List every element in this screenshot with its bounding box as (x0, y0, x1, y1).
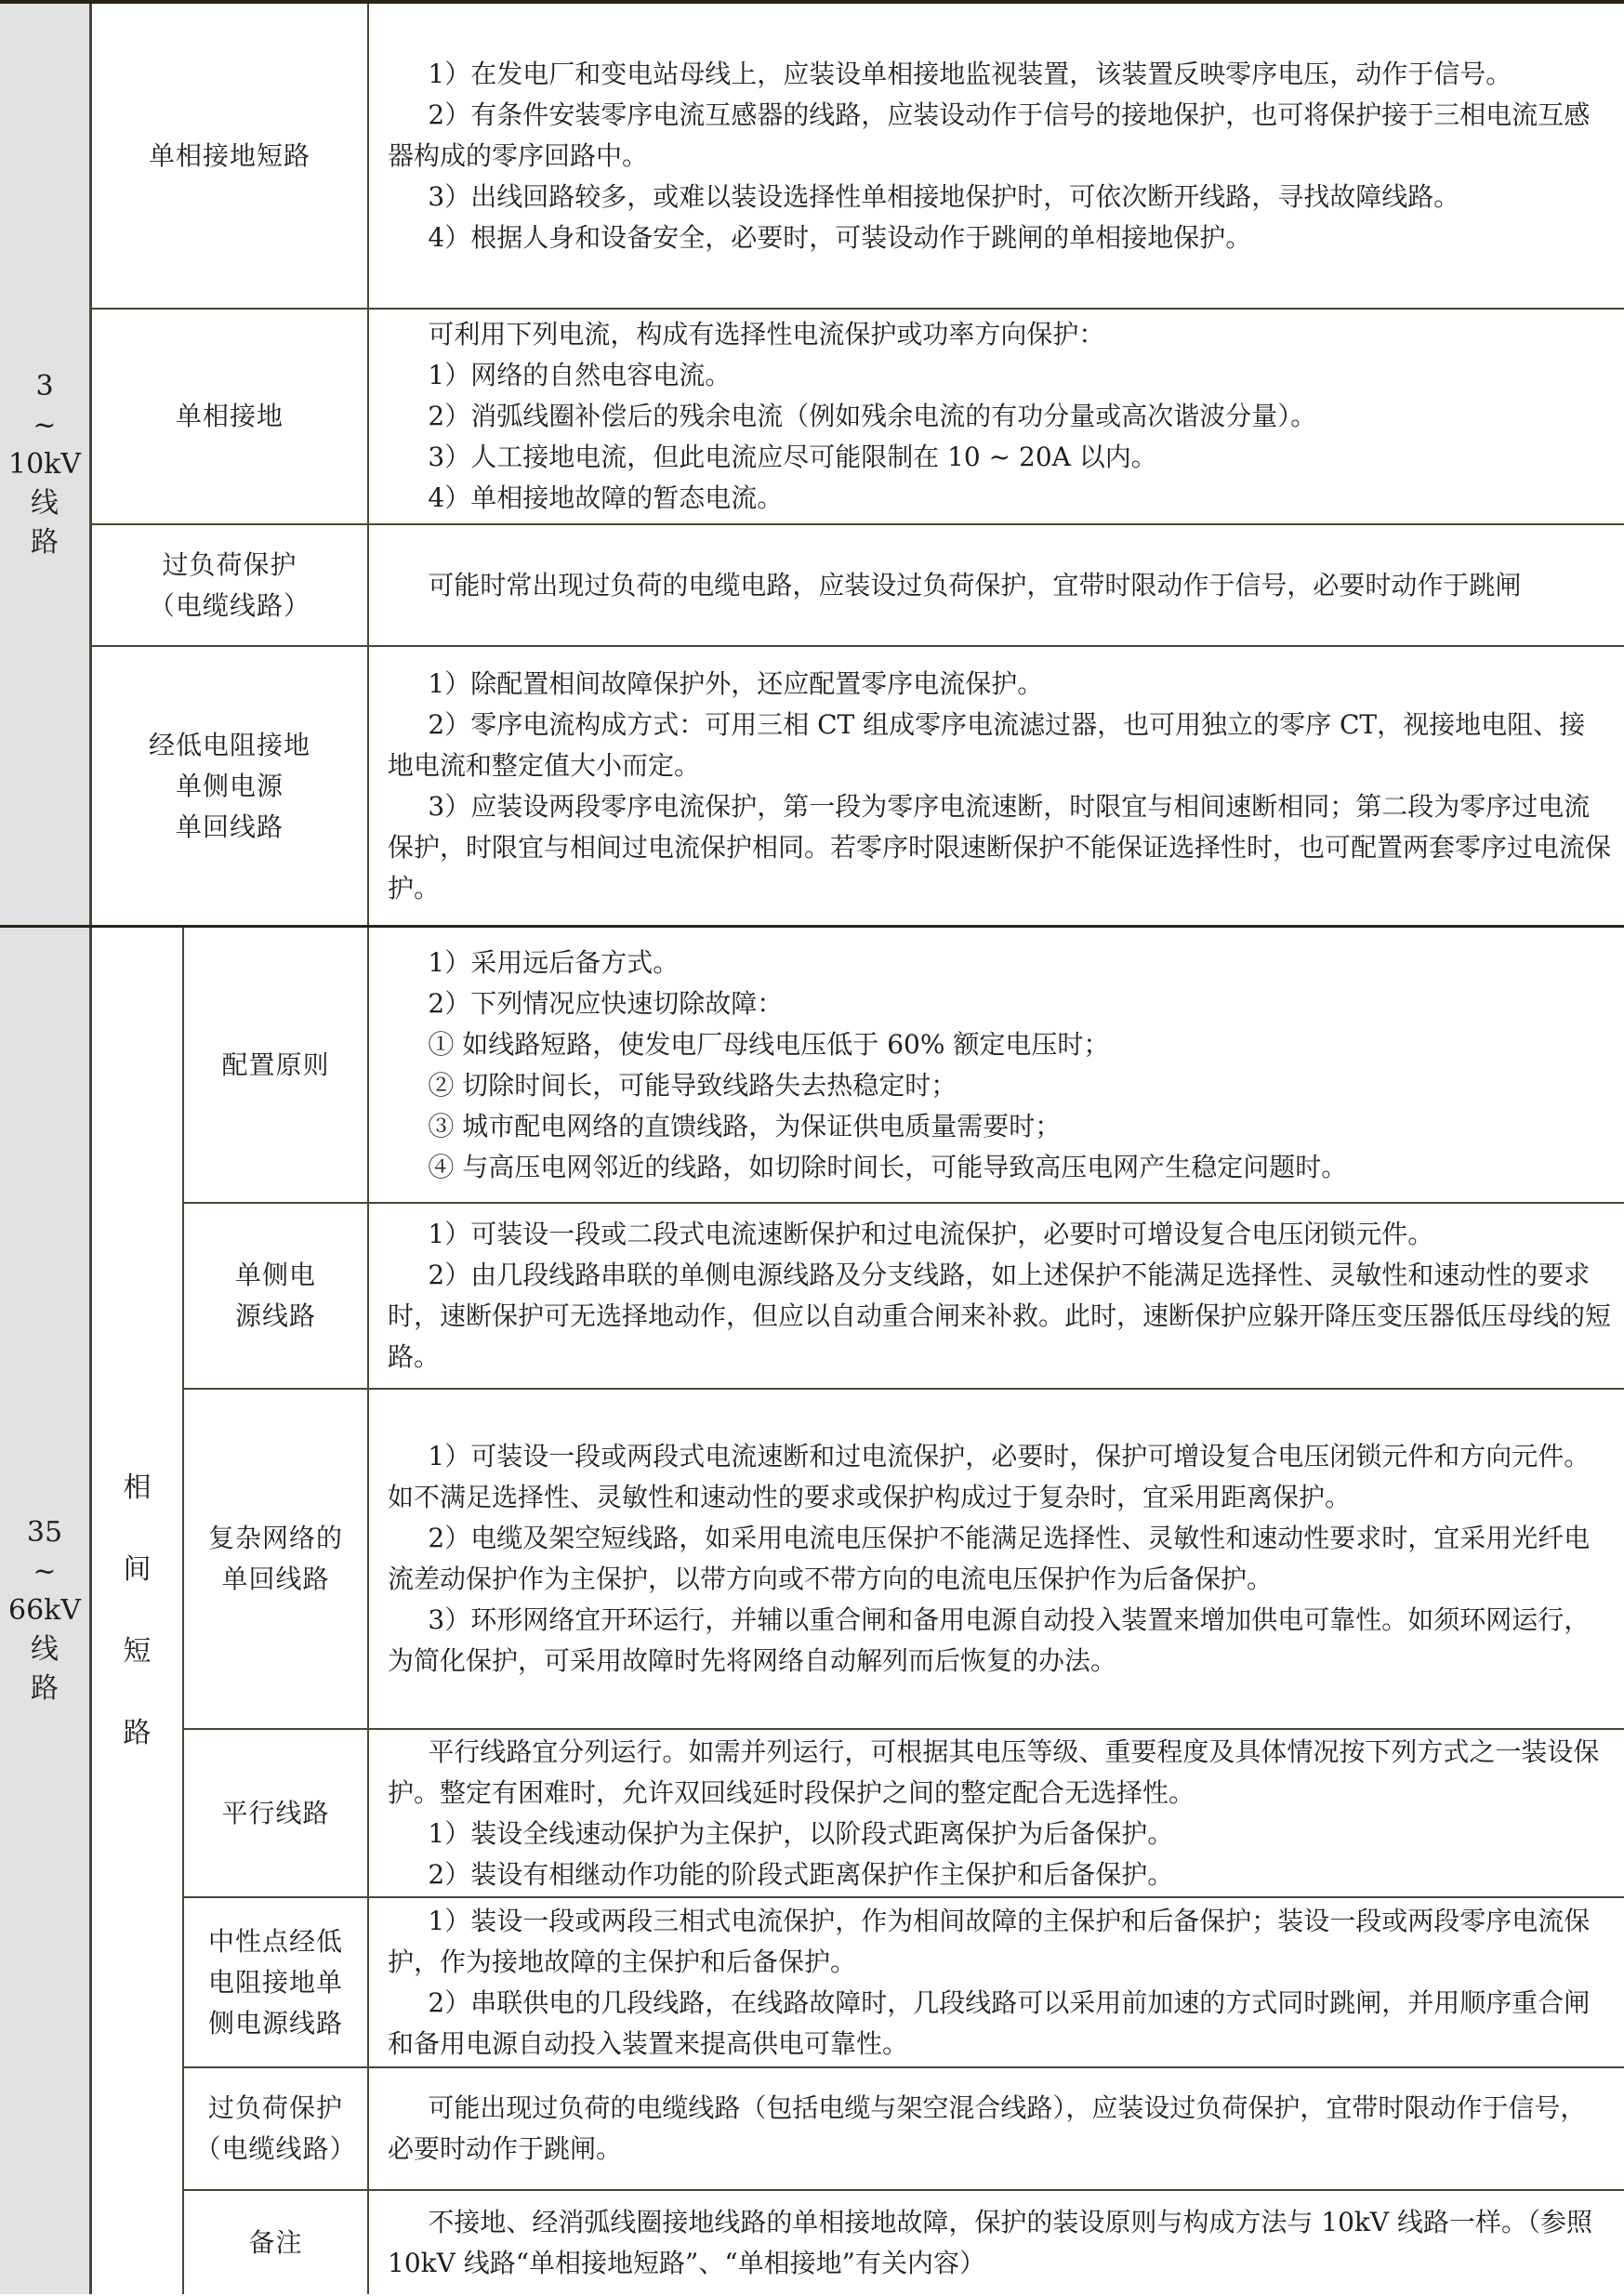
row-description: 可利用下列电流，构成有选择性电流保护或功率方向保护： 1）网络的自然电容电流。 … (388, 314, 1316, 519)
paragraph: 可利用下列电流，构成有选择性电流保护或功率方向保护： (388, 314, 1316, 355)
row-desc-cell: 不接地、经消弧线圈接地线路的单相接地故障，保护的装设原则与构成方法与 10kV … (369, 2191, 1624, 2294)
paragraph: 3）环形网络宜开环运行，并辅以重合闸和备用电源自动投入装置来增加供电可靠性。如须… (388, 1600, 1611, 1682)
row-name-cell: 单相接地 (92, 310, 369, 525)
paragraph: 1）在发电厂和变电站母线上，应装设单相接地监视装置，该装置反映零序电压，动作于信… (388, 54, 1611, 95)
subgroup-label: 相 间 短 路 (124, 1468, 152, 1754)
paragraph: 1）除配置相间故障保护外，还应配置零序电流保护。 (388, 664, 1611, 705)
paragraph: 3）人工接地电流，但此电流应尽可能限制在 10 ~ 20A 以内。 (388, 437, 1316, 478)
paragraph: 1）采用远后备方式。 (388, 943, 1347, 983)
paragraph: ② 切除时间长，可能导致线路失去热稳定时； (388, 1065, 1347, 1106)
paragraph: 1）装设一段或两段三相式电流保护，作为相间故障的主保护和后备保护；装设一段或两段… (388, 1901, 1611, 1983)
row-desc-cell: 可能出现过负荷的电缆线路（包括电缆与架空混合线路），应装设过负荷保护，宜带时限动… (369, 2068, 1624, 2191)
paragraph: 2）装设有相继动作功能的阶段式距离保护作主保护和后备保护。 (388, 1854, 1611, 1895)
row-desc-cell: 可能时常出现过负荷的电缆电路，应装设过负荷保护，宜带时限动作于信号，必要时动作于… (369, 525, 1624, 647)
row-desc-cell: 1）装设一段或两段三相式电流保护，作为相间故障的主保护和后备保护；装设一段或两段… (369, 1898, 1624, 2068)
row-name: 过负荷保护 （电缆线路） (149, 545, 310, 627)
row-description: 1）装设一段或两段三相式电流保护，作为相间故障的主保护和后备保护；装设一段或两段… (388, 1901, 1611, 2065)
paragraph: 3）应装设两段零序电流保护，第一段为零序电流速断，时限宜与相间速断相同；第二段为… (388, 786, 1611, 909)
paragraph: ④ 与高压电网邻近的线路，如切除时间长，可能导致高压电网产生稳定问题时。 (388, 1147, 1347, 1188)
group-label: 35 ~ 66kV 线 路 (8, 1513, 81, 1709)
row-description: 1）可装设一段或二段式电流速断保护和过电流保护，必要时可增设复合电压闭锁元件。 … (388, 1214, 1611, 1378)
paragraph: 2）电缆及架空短线路，如采用电流电压保护不能满足选择性、灵敏性和速动性要求时，宜… (388, 1518, 1611, 1600)
row-desc-cell: 1）在发电厂和变电站母线上，应装设单相接地监视装置，该装置反映零序电压，动作于信… (369, 4, 1624, 310)
row-description: 可能出现过负荷的电缆线路（包括电缆与架空混合线路），应装设过负荷保护，宜带时限动… (388, 2088, 1611, 2170)
row-name-cell: 配置原则 (184, 928, 369, 1204)
row-description: 1）在发电厂和变电站母线上，应装设单相接地监视装置，该装置反映零序电压，动作于信… (388, 54, 1611, 258)
paragraph: 1）可装设一段或两段式电流速断和过电流保护，必要时，保护可增设复合电压闭锁元件和… (388, 1436, 1611, 1518)
paragraph: 4）单相接地故障的暂态电流。 (388, 478, 1316, 519)
paragraph: 可能出现过负荷的电缆线路（包括电缆与架空混合线路），应装设过负荷保护，宜带时限动… (388, 2088, 1611, 2170)
row-name: 复杂网络的 单回线路 (208, 1518, 343, 1600)
group-3-10kv: 3 ~ 10kV 线 路 (0, 4, 92, 925)
paragraph: 1）网络的自然电容电流。 (388, 355, 1316, 396)
row-name: 平行线路 (221, 1793, 329, 1834)
paragraph: 2）由几段线路串联的单侧电源线路及分支线路，如上述保护不能满足选择性、灵敏性和速… (388, 1255, 1611, 1378)
row-name: 中性点经低 电阻接地单 侧电源线路 (208, 1921, 343, 2044)
row-name-cell: 过负荷保护 （电缆线路） (92, 525, 369, 647)
row-description: 1）可装设一段或两段式电流速断和过电流保护，必要时，保护可增设复合电压闭锁元件和… (388, 1436, 1611, 1682)
row-name: 经低电阻接地 单侧电源 单回线路 (149, 725, 310, 848)
row-name-cell: 中性点经低 电阻接地单 侧电源线路 (184, 1898, 369, 2068)
group-label: 3 ~ 10kV 线 路 (8, 367, 81, 562)
row-name-cell: 经低电阻接地 单侧电源 单回线路 (92, 647, 369, 925)
row-description: 1）采用远后备方式。 2）下列情况应快速切除故障： ① 如线路短路，使发电厂母线… (388, 943, 1347, 1188)
row-description: 可能时常出现过负荷的电缆电路，应装设过负荷保护，宜带时限动作于信号，必要时动作于… (388, 565, 1521, 606)
paragraph: 不接地、经消弧线圈接地线路的单相接地故障，保护的装设原则与构成方法与 10kV … (388, 2202, 1611, 2284)
row-name: 单相接地短路 (149, 136, 310, 177)
row-name-cell: 备注 (184, 2191, 369, 2294)
row-desc-cell: 可利用下列电流，构成有选择性电流保护或功率方向保护： 1）网络的自然电容电流。 … (369, 310, 1624, 525)
row-desc-cell: 1）采用远后备方式。 2）下列情况应快速切除故障： ① 如线路短路，使发电厂母线… (369, 928, 1624, 1204)
paragraph: 2）串联供电的几段线路，在线路故障时，几段线路可以采用前加速的方式同时跳闸，并用… (388, 1983, 1611, 2065)
row-name: 过负荷保护 （电缆线路） (194, 2088, 356, 2170)
paragraph: 1）装设全线速动保护为主保护，以阶段式距离保护为后备保护。 (388, 1814, 1611, 1854)
row-name: 单侧电 源线路 (235, 1255, 316, 1337)
row-desc-cell: 1）除配置相间故障保护外，还应配置零序电流保护。 2）零序电流构成方式：可用三相… (369, 647, 1624, 925)
row-name: 备注 (248, 2223, 302, 2263)
paragraph: 2）下列情况应快速切除故障： (388, 983, 1347, 1024)
paragraph: 可能时常出现过负荷的电缆电路，应装设过负荷保护，宜带时限动作于信号，必要时动作于… (388, 565, 1521, 606)
row-name: 配置原则 (221, 1045, 329, 1086)
row-description: 平行线路宜分列运行。如需并列运行，可根据其电压等级、重要程度及具体情况按下列方式… (388, 1732, 1611, 1895)
paragraph: 3）出线回路较多，或难以装设选择性单相接地保护时，可依次断开线路，寻找故障线路。 (388, 177, 1611, 218)
row-name-cell: 过负荷保护 （电缆线路） (184, 2068, 369, 2191)
paragraph: 2）消弧线圈补偿后的残余电流（例如残余电流的有功分量或高次谐波分量）。 (388, 396, 1316, 437)
row-name-cell: 单侧电 源线路 (184, 1204, 369, 1390)
group-35-66kv: 35 ~ 66kV 线 路 (0, 928, 92, 2294)
row-description: 1）除配置相间故障保护外，还应配置零序电流保护。 2）零序电流构成方式：可用三相… (388, 664, 1611, 909)
paragraph: ① 如线路短路，使发电厂母线电压低于 60% 额定电压时； (388, 1024, 1347, 1065)
paragraph: 2）零序电流构成方式：可用三相 CT 组成零序电流滤过器，也可用独立的零序 CT… (388, 705, 1611, 786)
row-name-cell: 平行线路 (184, 1730, 369, 1898)
row-desc-cell: 平行线路宜分列运行。如需并列运行，可根据其电压等级、重要程度及具体情况按下列方式… (369, 1730, 1624, 1898)
row-name-cell: 单相接地短路 (92, 4, 369, 310)
paragraph: 1）可装设一段或二段式电流速断保护和过电流保护，必要时可增设复合电压闭锁元件。 (388, 1214, 1611, 1255)
row-description: 不接地、经消弧线圈接地线路的单相接地故障，保护的装设原则与构成方法与 10kV … (388, 2202, 1611, 2284)
row-desc-cell: 1）可装设一段或两段式电流速断和过电流保护，必要时，保护可增设复合电压闭锁元件和… (369, 1390, 1624, 1730)
protection-config-table: 3 ~ 10kV 线 路 单相接地短路 1）在发电厂和变电站母线上，应装设单相接… (0, 0, 1624, 2294)
row-desc-cell: 1）可装设一段或二段式电流速断保护和过电流保护，必要时可增设复合电压闭锁元件。 … (369, 1204, 1624, 1390)
paragraph: 4）根据人身和设备安全，必要时，可装设动作于跳闸的单相接地保护。 (388, 218, 1611, 258)
paragraph: 2）有条件安装零序电流互感器的线路，应装设动作于信号的接地保护，也可将保护接于三… (388, 95, 1611, 177)
row-name: 单相接地 (176, 396, 284, 437)
row-name-cell: 复杂网络的 单回线路 (184, 1390, 369, 1730)
paragraph: ③ 城市配电网络的直馈线路，为保证供电质量需要时； (388, 1106, 1347, 1147)
subgroup-phase-fault: 相 间 短 路 (92, 928, 184, 2294)
paragraph: 平行线路宜分列运行。如需并列运行，可根据其电压等级、重要程度及具体情况按下列方式… (388, 1732, 1611, 1814)
